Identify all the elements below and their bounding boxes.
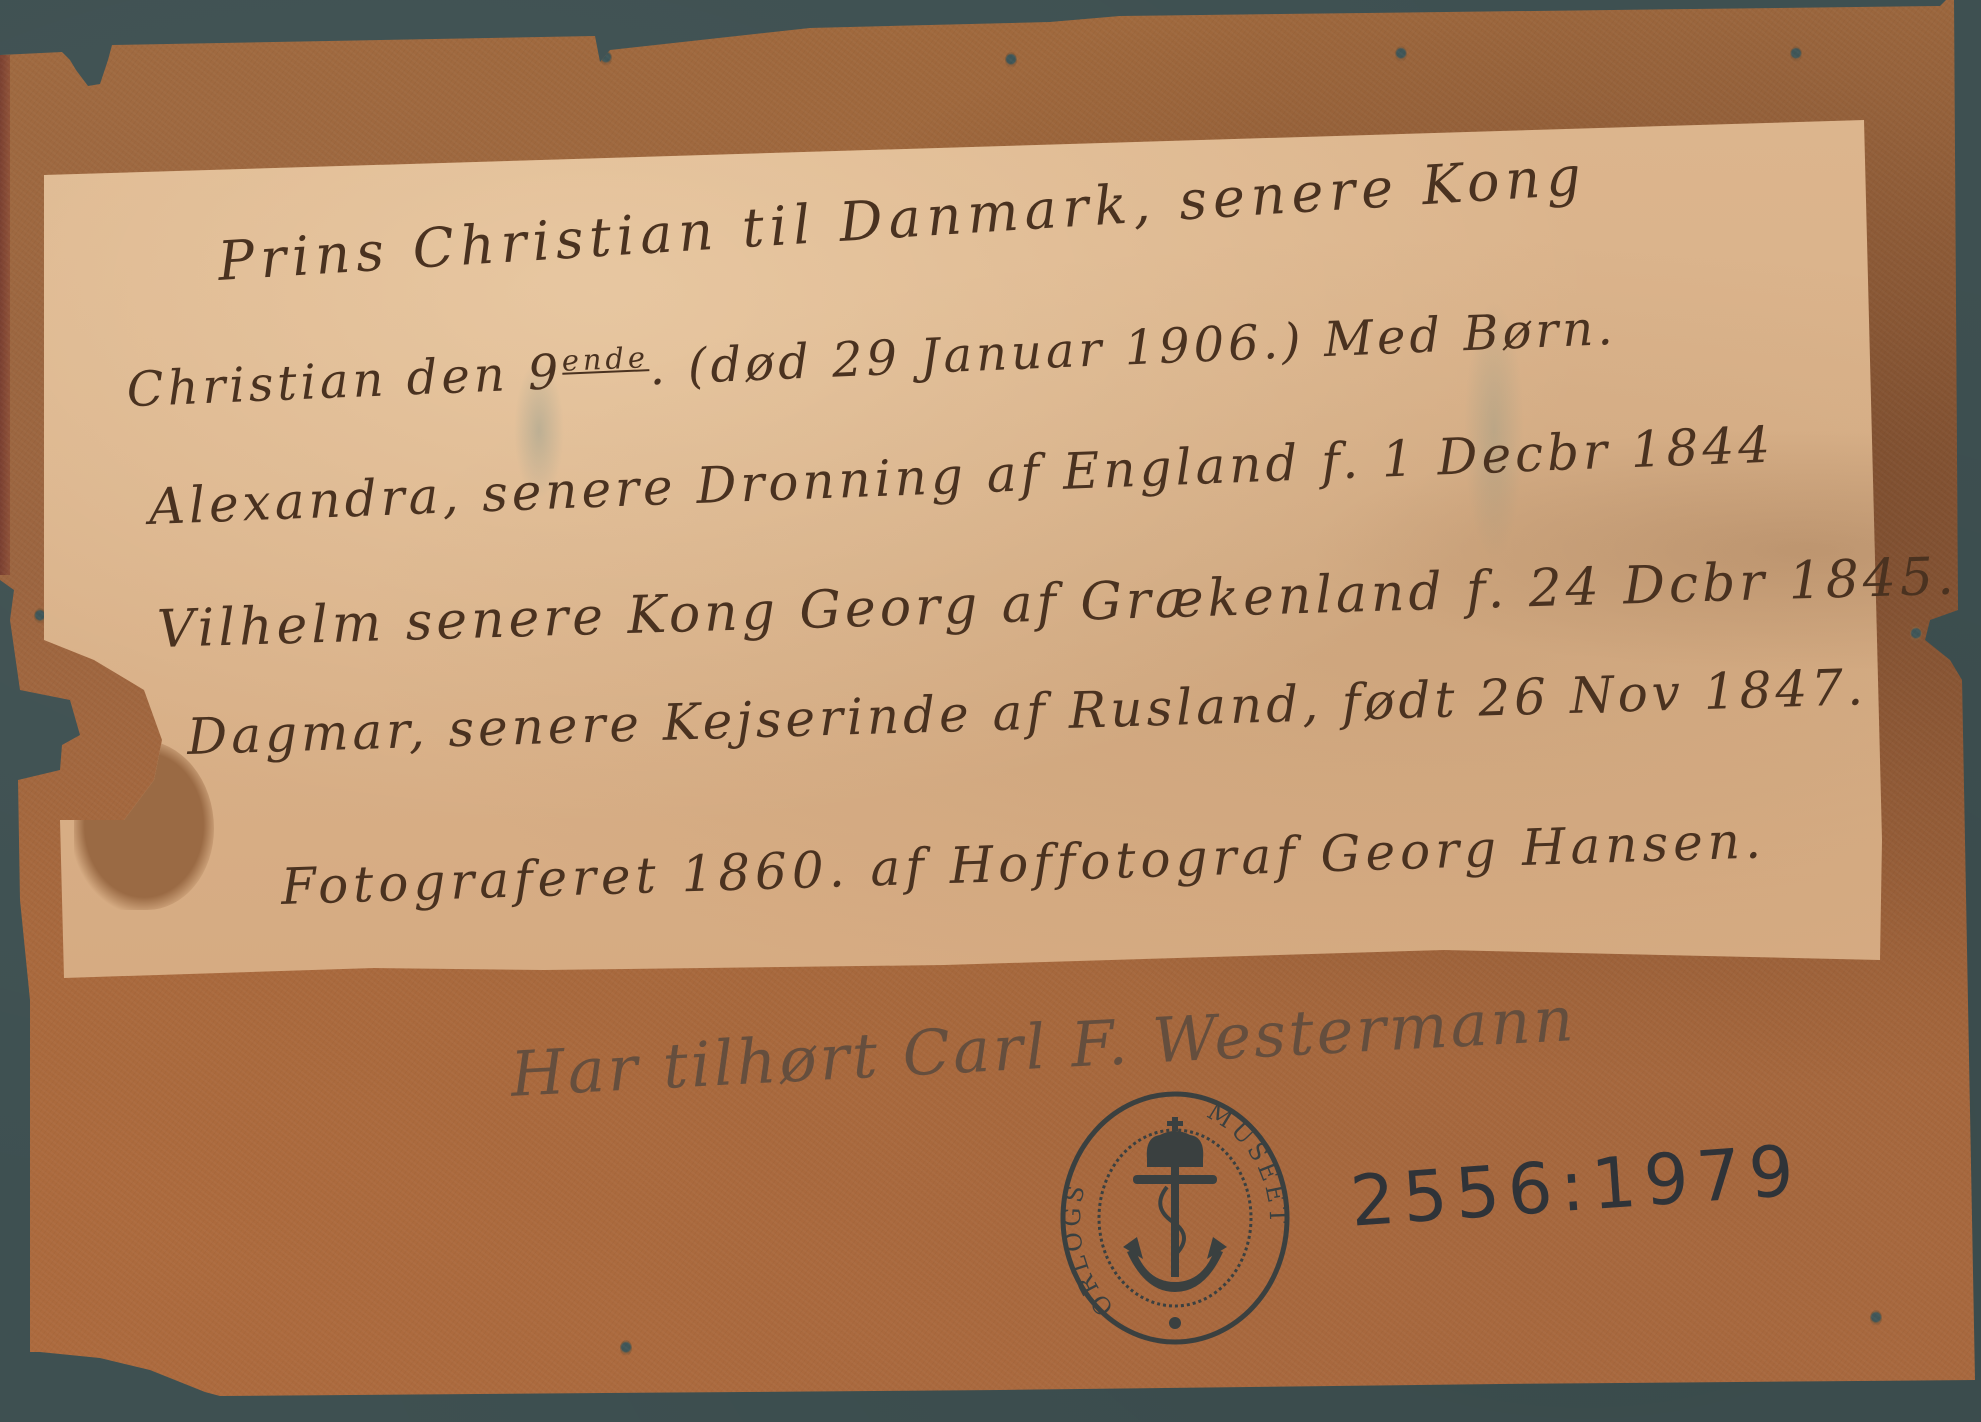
tack-hole xyxy=(620,1340,632,1356)
orlogsmuseet-stamp: ORLOGS MUSEET xyxy=(1055,1087,1295,1349)
mount-edge-strip xyxy=(0,55,10,575)
tack-hole xyxy=(1005,52,1017,68)
tack-hole xyxy=(1870,1310,1882,1326)
tack-hole xyxy=(1910,626,1922,642)
crowned-anchor-icon: ORLOGS MUSEET xyxy=(1055,1087,1295,1349)
svg-text:ORLOGS: ORLOGS xyxy=(1058,1179,1120,1322)
tack-hole xyxy=(1395,46,1407,62)
svg-text:MUSEET: MUSEET xyxy=(1202,1097,1292,1228)
tack-hole xyxy=(1790,46,1802,62)
ordinal-superscript: ende xyxy=(561,340,649,378)
